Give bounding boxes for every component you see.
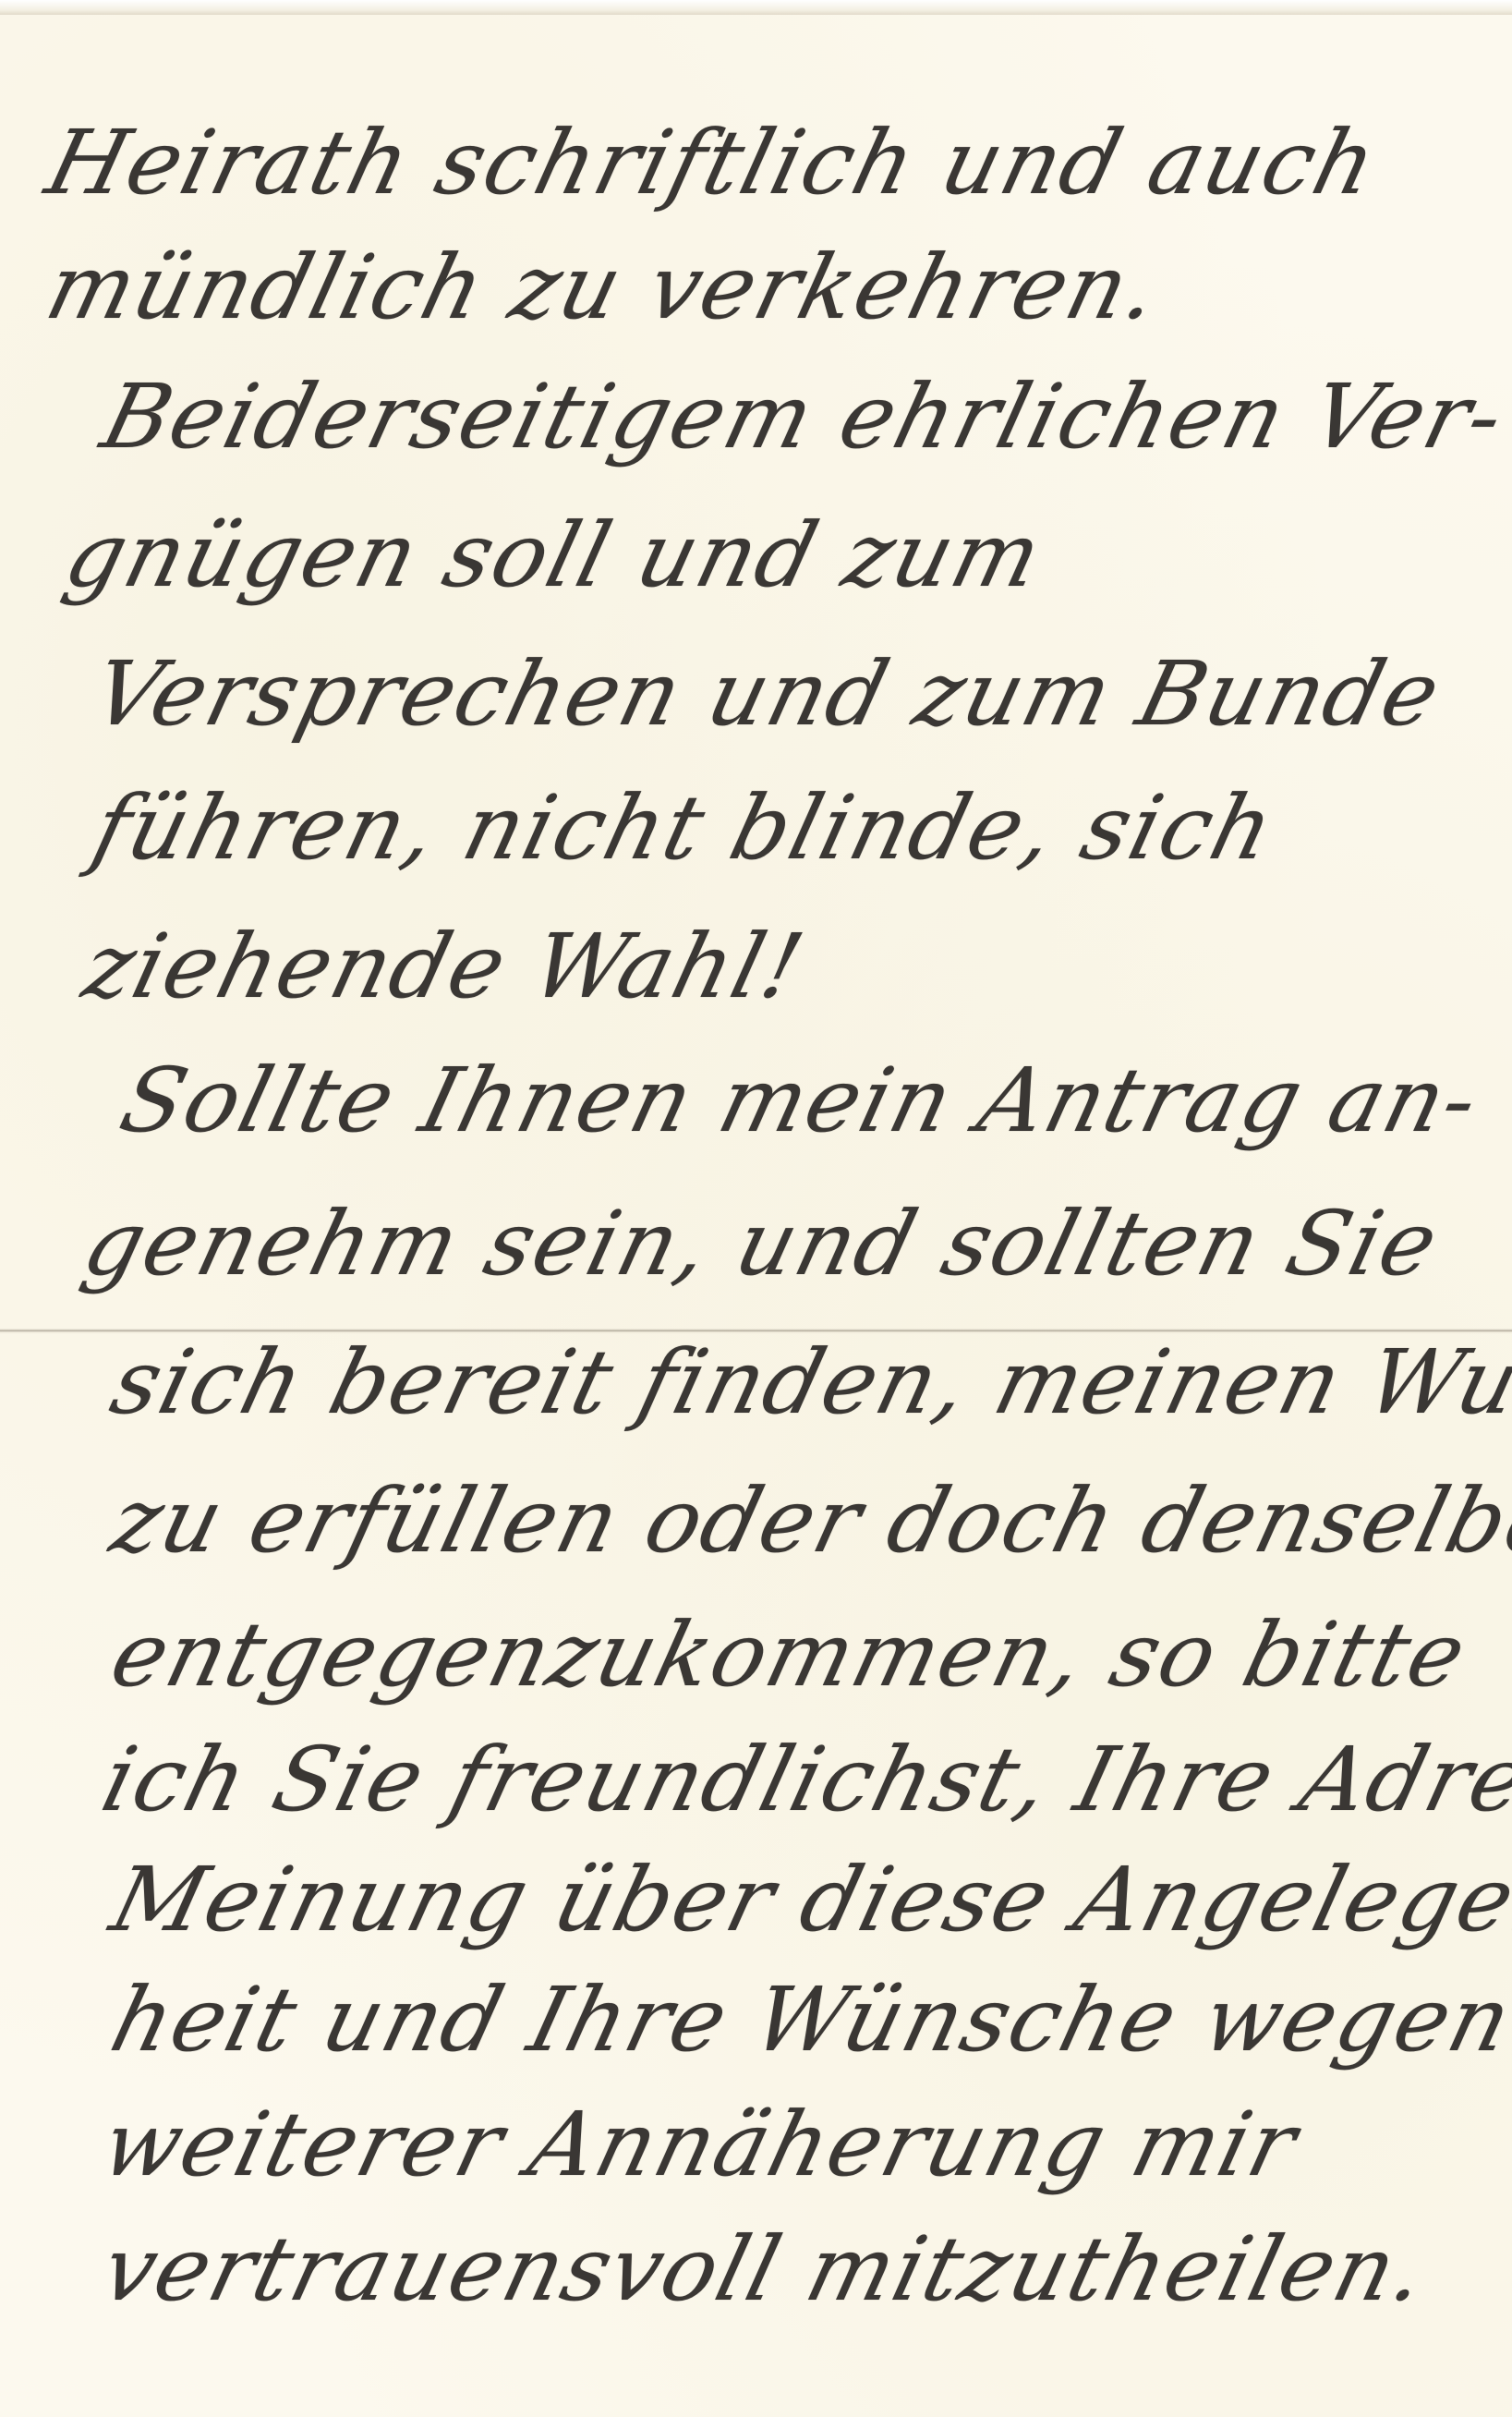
letter-page: Heirath schriftlich und auch mündlich zu… xyxy=(0,0,1512,2417)
letter-line-1: Heirath schriftlich und auch xyxy=(37,111,1512,214)
letter-line-4: gnügen soll und zum xyxy=(55,504,1512,607)
letter-line-8: Sollte Ihnen mein Antrag an- xyxy=(111,1049,1512,1152)
letter-line-17: vertrauensvoll mitzutheilen. xyxy=(92,2217,1512,2321)
letter-line-3: Beiderseitigem ehrlichen Ver- xyxy=(92,365,1512,468)
letter-line-14: Meinung über diese Angelegen- xyxy=(102,1848,1512,1951)
letter-line-5: Versprechen und zum Bunde xyxy=(83,642,1512,746)
letter-line-12: entgegenzukommen, so bitte xyxy=(102,1603,1512,1706)
letter-line-9: genehm sein, und sollten Sie xyxy=(74,1192,1512,1295)
letter-line-16: weiterer Annäherung mir xyxy=(92,2093,1512,2196)
letter-line-13: ich Sie freundlichst, Ihre Adresse xyxy=(92,1728,1512,1831)
letter-line-11: zu erfüllen oder doch denselben xyxy=(102,1469,1512,1573)
letter-line-7: ziehende Wahl! xyxy=(74,915,1512,1018)
paper-top-edge xyxy=(0,0,1512,15)
letter-line-15: heit und Ihre Wünsche wegen xyxy=(102,1968,1512,2071)
letter-line-2: mündlich zu verkehren. xyxy=(37,236,1512,339)
letter-line-10: sich bereit finden, meinen Wunsch xyxy=(102,1330,1512,1434)
letter-line-6: führen, nicht blinde, sich xyxy=(83,776,1512,880)
